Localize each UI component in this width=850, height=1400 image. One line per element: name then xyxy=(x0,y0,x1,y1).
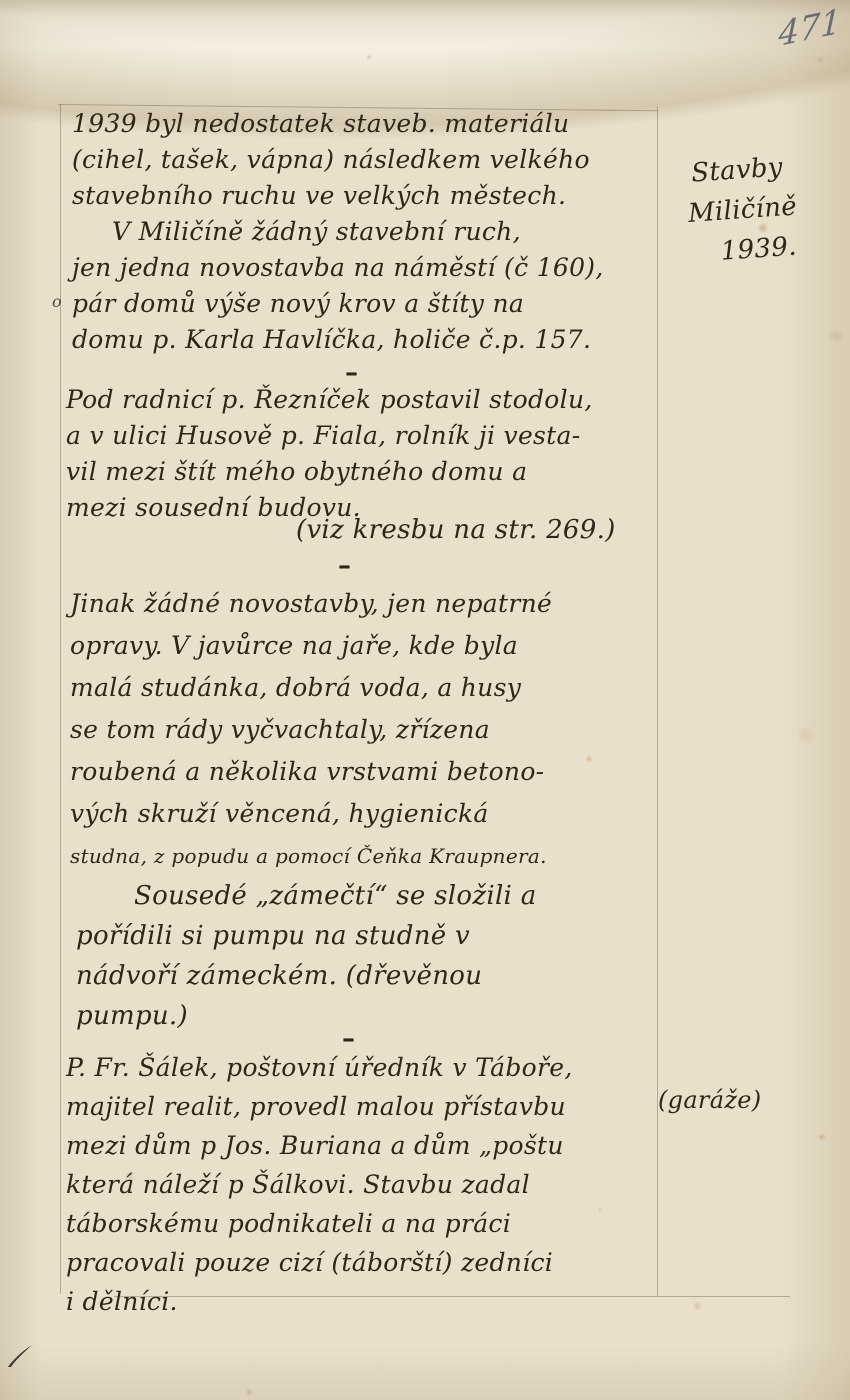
manuscript-line: majitel realit, provedl malou přístavbu xyxy=(66,1087,573,1126)
manuscript-line: vil mezi štít mého obytného domu a xyxy=(66,454,593,490)
manuscript-line: nádvoří zámeckém. (dřevěnou xyxy=(76,956,537,996)
manuscript-page: 471 Stavby Miličíně 1939. o 1939 byl ned… xyxy=(0,0,850,1400)
ink-tick-mark xyxy=(5,1340,37,1372)
manuscript-line: mezi dům p Jos. Buriana a dům „poštu xyxy=(66,1126,573,1165)
page-number: 471 xyxy=(778,1,842,54)
manuscript-line: táborskému podnikateli a na práci xyxy=(66,1204,573,1243)
manuscript-line: studna, z popudu a pomocí Čeňka Kraupner… xyxy=(70,835,552,877)
ruled-border-right xyxy=(657,106,658,1296)
margin-note: Stavby Miličíně 1939. xyxy=(690,147,801,274)
manuscript-line: malá studánka, dobrá voda, a husy xyxy=(70,667,552,709)
paragraph-4: Sousedé „zámečtí“ se složili a pořídili … xyxy=(76,876,537,1036)
manuscript-line: pumpu.) xyxy=(76,996,537,1036)
margin-note-line: 1939. xyxy=(719,226,801,271)
manuscript-line: (cihel, tašek, vápna) následkem velkého xyxy=(72,142,604,178)
manuscript-line: pár domů výše nový krov a štíty na xyxy=(72,286,604,322)
manuscript-line: která náleží p Šálkovi. Stavbu zadal xyxy=(66,1165,573,1204)
manuscript-line: a v ulici Husově p. Fiala, rolník ji ves… xyxy=(66,418,593,454)
ruled-border-left xyxy=(60,104,61,1294)
manuscript-line: opravy. V javůrce na jaře, kde byla xyxy=(70,625,552,667)
reference-note: (viz kresbu na str. 269.) xyxy=(296,515,616,545)
manuscript-line: Sousedé „zámečtí“ se složili a xyxy=(134,876,537,916)
manuscript-line: P. Fr. Šálek, poštovní úředník v Táboře, xyxy=(66,1048,573,1087)
manuscript-line: se tom rády vyčvachtaly, zřízena xyxy=(70,709,552,751)
manuscript-line: 1939 byl nedostatek staveb. materiálu xyxy=(72,106,604,142)
paragraph-2: Pod radnicí p. Řezníček postavil stodolu… xyxy=(66,382,593,526)
side-annotation: (garáže) xyxy=(658,1086,761,1114)
margin-mark: o xyxy=(52,292,62,311)
manuscript-line: vých skruží věncená, hygienická xyxy=(70,793,552,835)
manuscript-line: pořídili si pumpu na studně v xyxy=(76,916,537,956)
paragraph-1: 1939 byl nedostatek staveb. materiálu (c… xyxy=(72,106,604,358)
manuscript-line: V Miličíně žádný stavební ruch, xyxy=(112,214,604,250)
paragraph-separator: – xyxy=(338,551,351,581)
manuscript-line: Jinak žádné novostavby, jen nepatrné xyxy=(70,583,552,625)
manuscript-line: pracovali pouze cizí (táborští) zedníci xyxy=(66,1243,573,1282)
manuscript-line: roubená a několika vrstvami betono- xyxy=(70,751,552,793)
paragraph-3: Jinak žádné novostavby, jen nepatrné opr… xyxy=(70,583,552,877)
manuscript-line: i dělníci. xyxy=(66,1282,573,1321)
manuscript-line: stavebního ruchu ve velkých městech. xyxy=(72,178,604,214)
manuscript-line: domu p. Karla Havlíčka, holiče č.p. 157. xyxy=(72,322,604,358)
manuscript-line: jen jedna novostavba na náměstí (č 160), xyxy=(72,250,604,286)
paragraph-5: P. Fr. Šálek, poštovní úředník v Táboře,… xyxy=(66,1048,573,1321)
manuscript-line: Pod radnicí p. Řezníček postavil stodolu… xyxy=(66,382,593,418)
